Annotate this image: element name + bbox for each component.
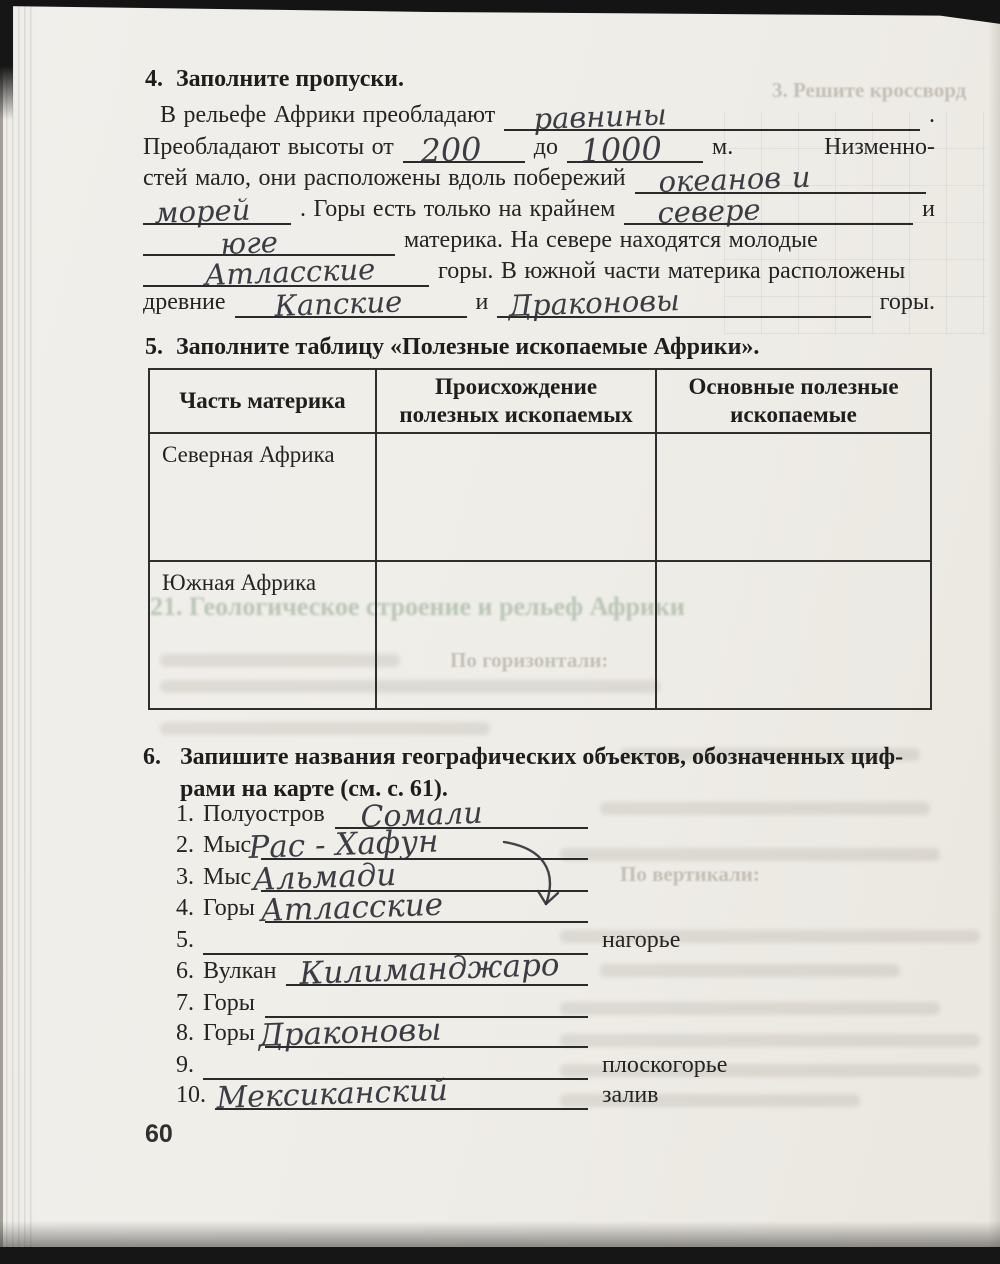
bleedthrough-smudge	[600, 802, 930, 815]
handwritten-answer: Мексиканский	[216, 1076, 448, 1113]
task6-title-line1: Запишите названия географических объекто…	[180, 742, 903, 772]
fill-line-5: юге материка. На севере находятся молоды…	[143, 225, 935, 256]
fill-blank: морей	[143, 199, 291, 225]
handwritten-answer: морей	[154, 196, 251, 228]
item-number: 5.	[176, 925, 194, 955]
fill-blank: равнины	[504, 105, 920, 131]
item-label: Мыс	[203, 862, 251, 892]
table-header-main-minerals: Основные полезные ископаемые	[657, 370, 930, 432]
item-number: 2.	[176, 830, 194, 860]
handwritten-answer: Драконовы	[258, 1016, 442, 1051]
list-item: 6. Вулкан Килиманджаро	[176, 956, 588, 986]
printed-text: стей мало, они расположены вдоль побереж…	[143, 163, 626, 194]
scan-bottom-edge	[0, 1247, 1000, 1264]
handwritten-answer: океанов и	[658, 163, 811, 197]
printed-text: древние	[143, 287, 226, 318]
handwritten-answer: севере	[657, 195, 761, 228]
fill-line-6: Атласские горы. В южной части материка р…	[143, 256, 935, 287]
fill-line-1: В рельефе Африки преобладают равнины .	[160, 100, 935, 131]
handwritten-answer: Рас - Хафун	[248, 827, 439, 863]
handwritten-answer: 200	[420, 135, 482, 166]
item-number: 9.	[176, 1050, 194, 1080]
printed-text: горы.	[880, 287, 935, 318]
item-number: 7.	[176, 988, 194, 1018]
fill-line-3: стей мало, они расположены вдоль побереж…	[143, 163, 935, 194]
printed-text: м.	[712, 132, 733, 163]
fill-line-4: морей . Горы есть только на крайнем севе…	[143, 194, 935, 225]
item-number: 4.	[176, 893, 194, 923]
item-number: 10.	[176, 1080, 206, 1110]
printed-text: Низменно-	[824, 132, 935, 163]
task6-heading: 6. Запишите названия географических объе…	[143, 742, 903, 772]
scanned-workbook-page: 3. Решите кроссворд 21. Геологическое ст…	[0, 0, 1000, 1264]
scan-top-left-corner	[0, 0, 13, 120]
fill-blank: севере	[624, 199, 913, 225]
handwritten-answer: Капские	[274, 288, 403, 321]
fill-blank: 200	[403, 137, 525, 163]
item-label: Полуостров	[203, 799, 325, 829]
printed-text: В рельефе Африки преобладают	[160, 100, 495, 131]
task4-heading: 4. Заполните пропуски.	[145, 64, 404, 94]
bleedthrough-smudge	[160, 722, 490, 735]
task6-number: 6.	[143, 742, 161, 772]
list-item: 8. Горы Драконовы	[176, 1018, 588, 1048]
item-suffix: залив	[602, 1080, 659, 1110]
table-row-north-africa: Северная Африка	[150, 432, 375, 468]
printed-text: и	[476, 287, 489, 318]
item-suffix: нагорье	[602, 925, 680, 955]
item-label: Горы	[203, 1018, 255, 1048]
task5-heading: 5. Заполните таблицу «Полезные ископаемы…	[145, 332, 759, 362]
printed-text: Преобладают высоты от	[143, 132, 394, 163]
table-header-part: Часть материка	[150, 370, 375, 432]
list-item: 10. Мексиканский залив	[176, 1080, 588, 1110]
task4-number: 4.	[145, 64, 163, 94]
fill-blank: Драконовы	[265, 1022, 588, 1048]
item-number: 8.	[176, 1018, 194, 1048]
bleedthrough-smudge	[560, 848, 940, 861]
fill-blank: Килиманджаро	[286, 960, 588, 986]
printed-text: материка. На севере находятся молодые	[404, 225, 818, 256]
book-spine-edge	[0, 5, 36, 1247]
table-header-origin: Происхождение полезных ископаемых	[377, 370, 655, 432]
fill-blank: Капские	[235, 292, 467, 318]
bleedthrough-smudge	[560, 1034, 980, 1047]
item-label: Горы	[203, 893, 255, 923]
fill-blank: Мексиканский	[215, 1084, 588, 1110]
task5-number: 5.	[145, 332, 163, 362]
item-suffix: плоскогорье	[602, 1050, 727, 1080]
handwritten-answer: 1000	[580, 134, 662, 166]
item-label: Вулкан	[203, 956, 276, 986]
bleedthrough-smudge	[560, 1002, 940, 1015]
bleedthrough-vertical-label: По вертикали:	[620, 862, 760, 887]
printed-text: . Горы есть только на крайнем	[300, 194, 615, 225]
item-number: 1.	[176, 799, 194, 829]
handwritten-answer: Атласские	[204, 255, 376, 290]
handwritten-answer: Драконовы	[508, 286, 680, 321]
task4-title: Заполните пропуски.	[176, 64, 404, 94]
fill-blank: Драконовы	[497, 292, 870, 318]
handwritten-answer: Атласские	[260, 891, 444, 926]
item-number: 6.	[176, 956, 194, 986]
handwritten-arrow	[498, 836, 578, 918]
printed-text: .	[929, 100, 935, 131]
handwritten-answer: юге	[220, 228, 278, 259]
printed-text: до	[534, 132, 558, 163]
fill-blank: 1000	[567, 137, 703, 163]
scan-bottom-shadow	[0, 1221, 1000, 1247]
table-row-south-africa: Южная Африка	[150, 560, 375, 596]
bleedthrough-smudge	[600, 964, 900, 977]
page-right-shade	[988, 0, 1000, 1264]
item-label: Мыс	[203, 830, 251, 860]
handwritten-answer: Килиманджаро	[299, 951, 560, 989]
book-spine-shadow	[0, 5, 3, 1247]
item-label: Горы	[203, 988, 255, 1018]
printed-text: и	[922, 194, 935, 225]
fill-line-2: Преобладают высоты от 200 до 1000 м. Низ…	[143, 132, 935, 163]
minerals-table: Часть материка Происхождение полезных ис…	[148, 368, 932, 710]
page-number: 60	[145, 1120, 173, 1149]
fill-line-7: древние Капские и Драконовы горы.	[143, 287, 935, 318]
task5-title: Заполните таблицу «Полезные ископаемые А…	[176, 332, 759, 362]
fill-blank: океанов и	[635, 168, 926, 194]
scan-top-edge	[0, 0, 1000, 26]
item-number: 3.	[176, 862, 194, 892]
fill-blank: Атласские	[143, 261, 429, 287]
